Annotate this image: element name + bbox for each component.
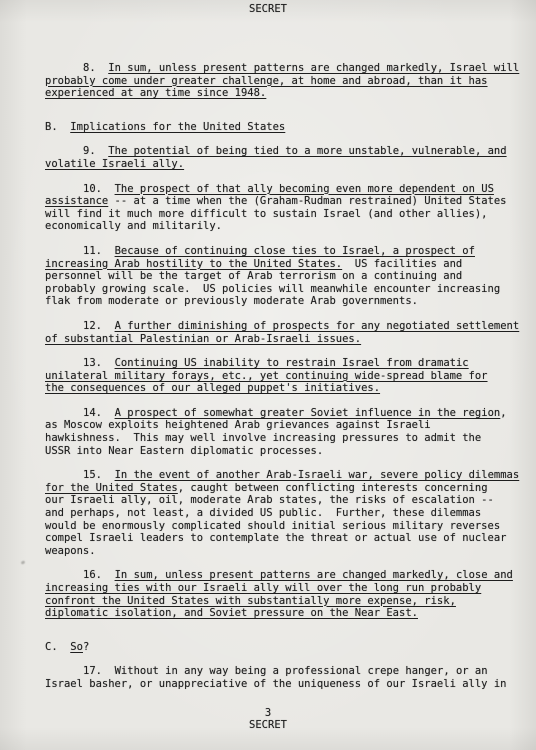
underlined-text: A prospect of somewhat greater Soviet in… bbox=[115, 407, 501, 419]
paragraph-para-12: 12. A further diminishing of prospects f… bbox=[45, 320, 521, 345]
text-run: 10. bbox=[83, 183, 115, 195]
text-run: ? bbox=[83, 641, 89, 653]
underlined-text: The potential of being tied to a more un… bbox=[45, 145, 507, 170]
paragraph-para-10: 10. The prospect of that ally becoming e… bbox=[45, 183, 521, 233]
text-run: 13. bbox=[83, 357, 115, 369]
text-run: 8. bbox=[83, 62, 108, 74]
text-run: 14. bbox=[83, 407, 115, 419]
paragraph-para-13: 13. Continuing US inability to restrain … bbox=[45, 357, 521, 395]
text-run: 9. bbox=[83, 145, 108, 157]
page-footer: 3 SECRET bbox=[0, 707, 536, 732]
underlined-text: A further diminishing of prospects for a… bbox=[45, 320, 519, 345]
text-run: 11. bbox=[83, 245, 115, 257]
underlined-text: In sum, unless present patterns are chan… bbox=[45, 569, 513, 619]
scan-speck bbox=[21, 560, 26, 565]
text-run: 12. bbox=[83, 320, 115, 332]
section-heading-section-b: B. Implications for the United States bbox=[45, 121, 521, 134]
text-run: Without in any way being a professional … bbox=[45, 665, 506, 690]
document-body: 8. In sum, unless present patterns are c… bbox=[45, 62, 521, 691]
paragraph-para-8: 8. In sum, unless present patterns are c… bbox=[45, 62, 521, 100]
paragraph-para-15: 15. In the event of another Arab-Israeli… bbox=[45, 469, 521, 557]
paragraph-para-17: 17. Without in any way being a professio… bbox=[45, 665, 521, 690]
paragraph-para-14: 14. A prospect of somewhat greater Sovie… bbox=[45, 407, 521, 457]
text-run: 15. bbox=[83, 469, 115, 481]
text-run: B. bbox=[45, 121, 70, 133]
text-run: 16. bbox=[83, 569, 115, 581]
section-heading-section-c: C. So? bbox=[45, 641, 521, 654]
classification-footer: SECRET bbox=[0, 719, 536, 731]
paragraph-para-9: 9. The potential of being tied to a more… bbox=[45, 145, 521, 170]
text-run: 17. bbox=[83, 665, 115, 677]
underlined-text: So bbox=[70, 641, 83, 653]
page-number: 3 bbox=[0, 707, 536, 719]
text-run: C. bbox=[45, 641, 70, 653]
underlined-text: Implications for the United States bbox=[70, 121, 285, 133]
text-run: -- at a time when the (Graham-Rudman res… bbox=[45, 195, 506, 232]
document-page: SECRET 8. In sum, unless present pattern… bbox=[0, 0, 536, 750]
paragraph-para-16: 16. In sum, unless present patterns are … bbox=[45, 569, 521, 619]
classification-header: SECRET bbox=[0, 3, 536, 16]
underlined-text: In sum, unless present patterns are chan… bbox=[45, 62, 519, 99]
paragraph-para-11: 11. Because of continuing close ties to … bbox=[45, 245, 521, 308]
